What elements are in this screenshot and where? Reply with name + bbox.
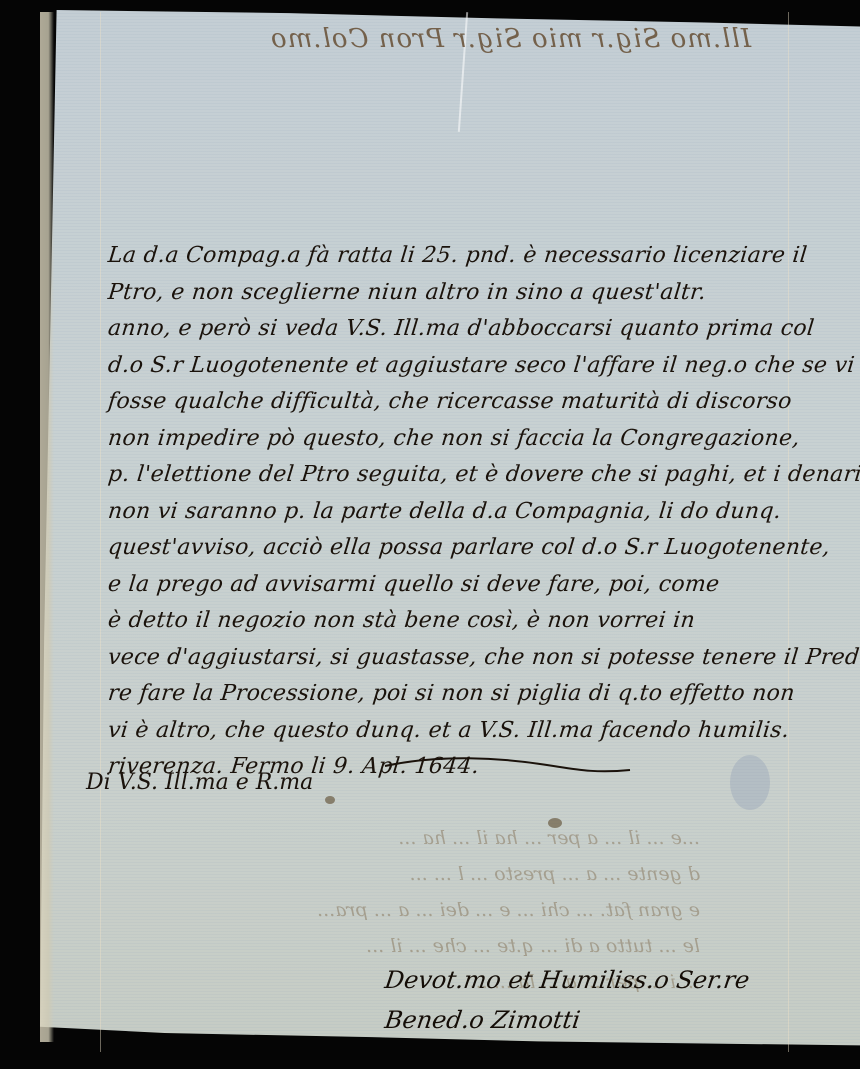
signature-subscription: Devot.mo et Humiliss.o Ser.re [382,960,752,1000]
body-line: non impedire pò questo, che non si facci… [106,421,810,458]
body-line: re fare la Processione, poi si non si pi… [106,676,810,713]
body-line: è detto il negozio non stà bene così, è … [106,603,810,640]
signature-name: Bened.o Zimotti [382,1000,752,1040]
body-line: e la prego ad avvisarmi quello si deve f… [106,567,810,604]
body-line: vece d'aggiustarsi, si guastasse, che no… [106,640,810,677]
body-line: anno, e però si veda V.S. Ill.ma d'abboc… [106,311,810,348]
bleed-through-line: e gran fat. ... chi ... e ... dei ... a … [60,892,700,928]
closing-salutation: Di V.S. Ill.ma e R.ma [86,770,313,795]
ink-blot [325,796,335,804]
date-flourish [380,748,640,778]
bleed-through-header: Ill.mo Sig.r mio Sig.r Pron Col.mo [270,24,751,54]
signature-block: Devot.mo et Humiliss.o Ser.re Bened.o Zi… [385,960,749,1040]
letter-body: La d.a Compag.a fà ratta li 25. pnd. è n… [108,238,808,786]
body-line: La d.a Compag.a fà ratta li 25. pnd. è n… [106,238,810,275]
body-line: vi è altro, che questo dunq. et a V.S. I… [106,713,810,750]
body-line: quest'avviso, acciò ella possa parlare c… [106,530,810,567]
ink-blot [548,818,562,828]
bleed-through-line: le ... tutto a di ... q.te ... che ... i… [60,928,700,964]
bleed-through-line: d gente ... a ... presto ... l ... ... [60,856,700,892]
paper-left-edge [40,12,54,1042]
body-line: p. l'elettione del Ptro seguita, et è do… [106,457,810,494]
bleed-through-line: ...e ... il ... a per ... ha il ... ha .… [60,820,700,856]
body-line: non vi saranno p. la parte della d.a Com… [106,494,810,531]
body-line: fosse qualche difficultà, che ricercasse… [106,384,810,421]
body-line: Ptro, e non sceglierne niun altro in sin… [106,275,810,312]
body-line: d.o S.r Luogotenente et aggiustare seco … [106,348,810,385]
